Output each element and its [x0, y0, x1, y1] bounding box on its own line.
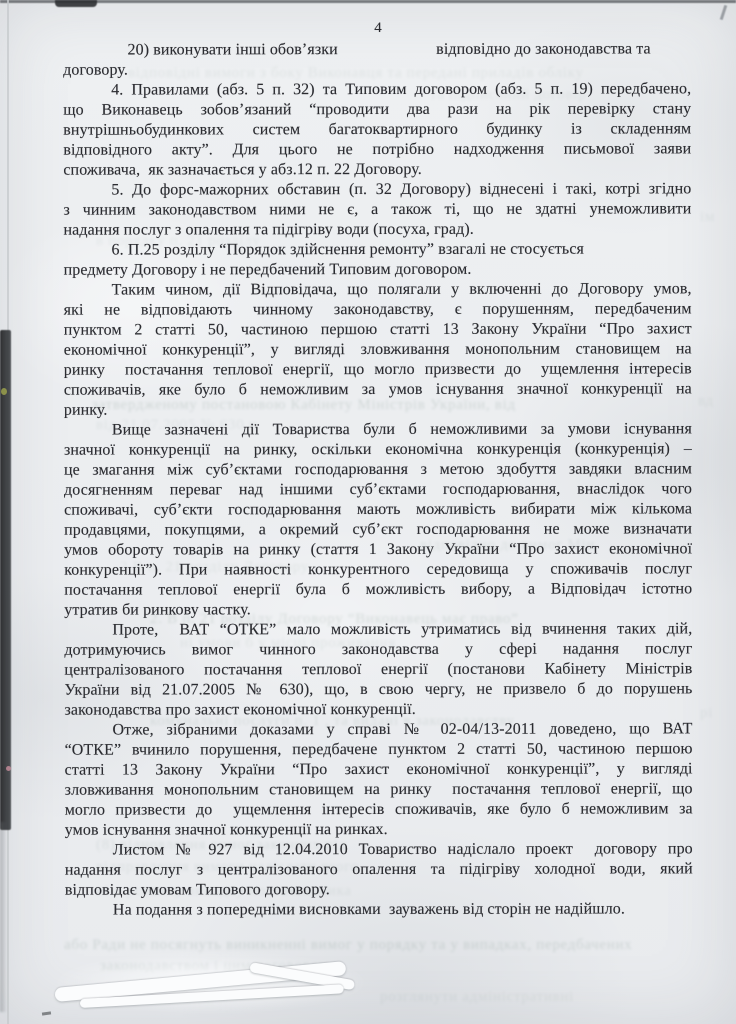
text-line: Листом № 927 від 12.04.2010 Товариство н… — [65, 839, 693, 860]
text-line: конкуренції”). При наявності конкурентно… — [64, 559, 692, 580]
text-line: постачання теплової енергії була б можли… — [64, 579, 692, 600]
bleedthrough-text: вд — [698, 392, 732, 410]
text-line: централізованого постачання теплової ене… — [64, 659, 692, 680]
text-line: досягненням переваг над іншими суб’єктам… — [64, 479, 692, 500]
text-line: надання послуг з опалення та підігріву в… — [63, 219, 691, 240]
scan-corner-mark-artifact — [720, 5, 727, 20]
text-line: 6. П.25 розділу “Порядок здійснення ремо… — [63, 239, 691, 260]
text-line: споживача, як зазначається у абз.12 п. 2… — [63, 159, 691, 180]
scan-left-shadow-fade — [0, 822, 7, 1012]
text-line: продавцями, покупцями, а окремий суб’єкт… — [64, 519, 692, 540]
text-line: Таким чином, дії Відповідача, що полягал… — [64, 279, 692, 300]
text-line: На подання з попередніми висновками заув… — [65, 899, 693, 920]
text-line: статті 13 Закону України “Про захист еко… — [65, 759, 693, 780]
whiteout-streak — [54, 961, 346, 1002]
text-line: зловживання монопольним становищем на ри… — [65, 779, 693, 800]
text-line: Отже, зібраними доказами у справі № 02-0… — [65, 719, 693, 740]
scan-left-shadow-strip — [0, 330, 11, 830]
scan-top-edge-artifact — [0, 0, 736, 3]
text-line: ринку постачання теплової енергії, що мо… — [64, 359, 692, 380]
text-line: утратив би ринкову частку. — [64, 599, 692, 620]
text-line: договору. — [63, 59, 691, 80]
text-line: надання послуг з централізованого опален… — [65, 859, 693, 880]
whiteout-streak — [249, 962, 355, 990]
text-line: споживачі, суб’єкти господарювання мають… — [64, 499, 692, 520]
bleedthrough-text: законодавством і цим договором — [100, 957, 430, 975]
ink-speck-olive — [1, 388, 7, 395]
text-block: 20) виконувати інші обов’язки відповідно… — [63, 39, 693, 920]
text-line: пунктом 2 статті 50, частиною першою ста… — [64, 319, 692, 340]
text-line: 5. До форс-мажорних обставин (п. 32 Дого… — [63, 179, 691, 200]
text-line: економічної конкуренції”, у вигляді злов… — [64, 339, 692, 360]
scanned-document-page: відповідні вимоги з боку Виконавця та пе… — [0, 0, 736, 1024]
text-line: Проте, ВАТ “ОТКЕ” мало можливість утрима… — [64, 619, 692, 640]
text-line: споживачів, яке було б неможливим за умо… — [64, 379, 692, 400]
scan-left-edge-line — [7, 0, 9, 1024]
text-line: які не відповідають чинному законодавств… — [64, 299, 692, 320]
text-line: дотримуючись вимог чинного законодавства… — [64, 639, 692, 660]
text-line: значної конкуренції на ринку, оскільки е… — [64, 439, 692, 460]
text-line: внутрішньобудинкових систем багатокварти… — [63, 119, 691, 140]
text-line: що Виконавець зобов’язаний “проводити дв… — [63, 99, 691, 120]
text-line: “ОТКЕ” вчинило порушення, передбачене пу… — [65, 739, 693, 760]
text-line: України від 21.07.2005 № 630), що, в сво… — [64, 679, 692, 700]
text-line: це змагання між суб’єктами господарюванн… — [64, 459, 692, 480]
ink-speck-pink — [6, 766, 11, 771]
text-line: відповідає умовам Типового договору. — [65, 879, 693, 900]
text-line: законодавства про захист економічної кон… — [64, 699, 692, 720]
text-line: могло призвести до ущемлення інтересів с… — [65, 799, 693, 820]
text-line: з чинним законодавством ними не є, а так… — [63, 199, 691, 220]
bleedthrough-text: ім — [700, 208, 730, 226]
text-line: умов існування значної конкуренції на ри… — [65, 819, 693, 840]
whiteout-smear — [50, 952, 370, 1012]
text-line: 20) виконувати інші обов’язки відповідно… — [63, 39, 691, 60]
page-number: 4 — [64, 18, 692, 38]
text-line: відповідного акту”. Для цього не потрібн… — [63, 139, 691, 160]
text-line: 4. Правилами (абз. 5 п. 32) та Типовим д… — [63, 79, 691, 100]
text-line: предмету Договору і не передбачений Типо… — [64, 259, 692, 280]
text-line: умов обороту товарів на ринку (стаття 1 … — [64, 539, 692, 560]
text-line: Вище зазначені дії Товариства були б нем… — [64, 419, 692, 440]
bleedthrough-text: або Ради не посягнуть виникненні вимог у… — [64, 936, 664, 954]
text-line: ринку. — [64, 399, 692, 420]
bleedthrough-text: рі — [700, 704, 730, 722]
whiteout-streak — [80, 984, 344, 1008]
bleedthrough-text: розглянути адміністративні — [380, 988, 630, 1006]
scan-top-blob-artifact — [55, 0, 97, 7]
ink-speck-bottom — [42, 1011, 51, 1015]
